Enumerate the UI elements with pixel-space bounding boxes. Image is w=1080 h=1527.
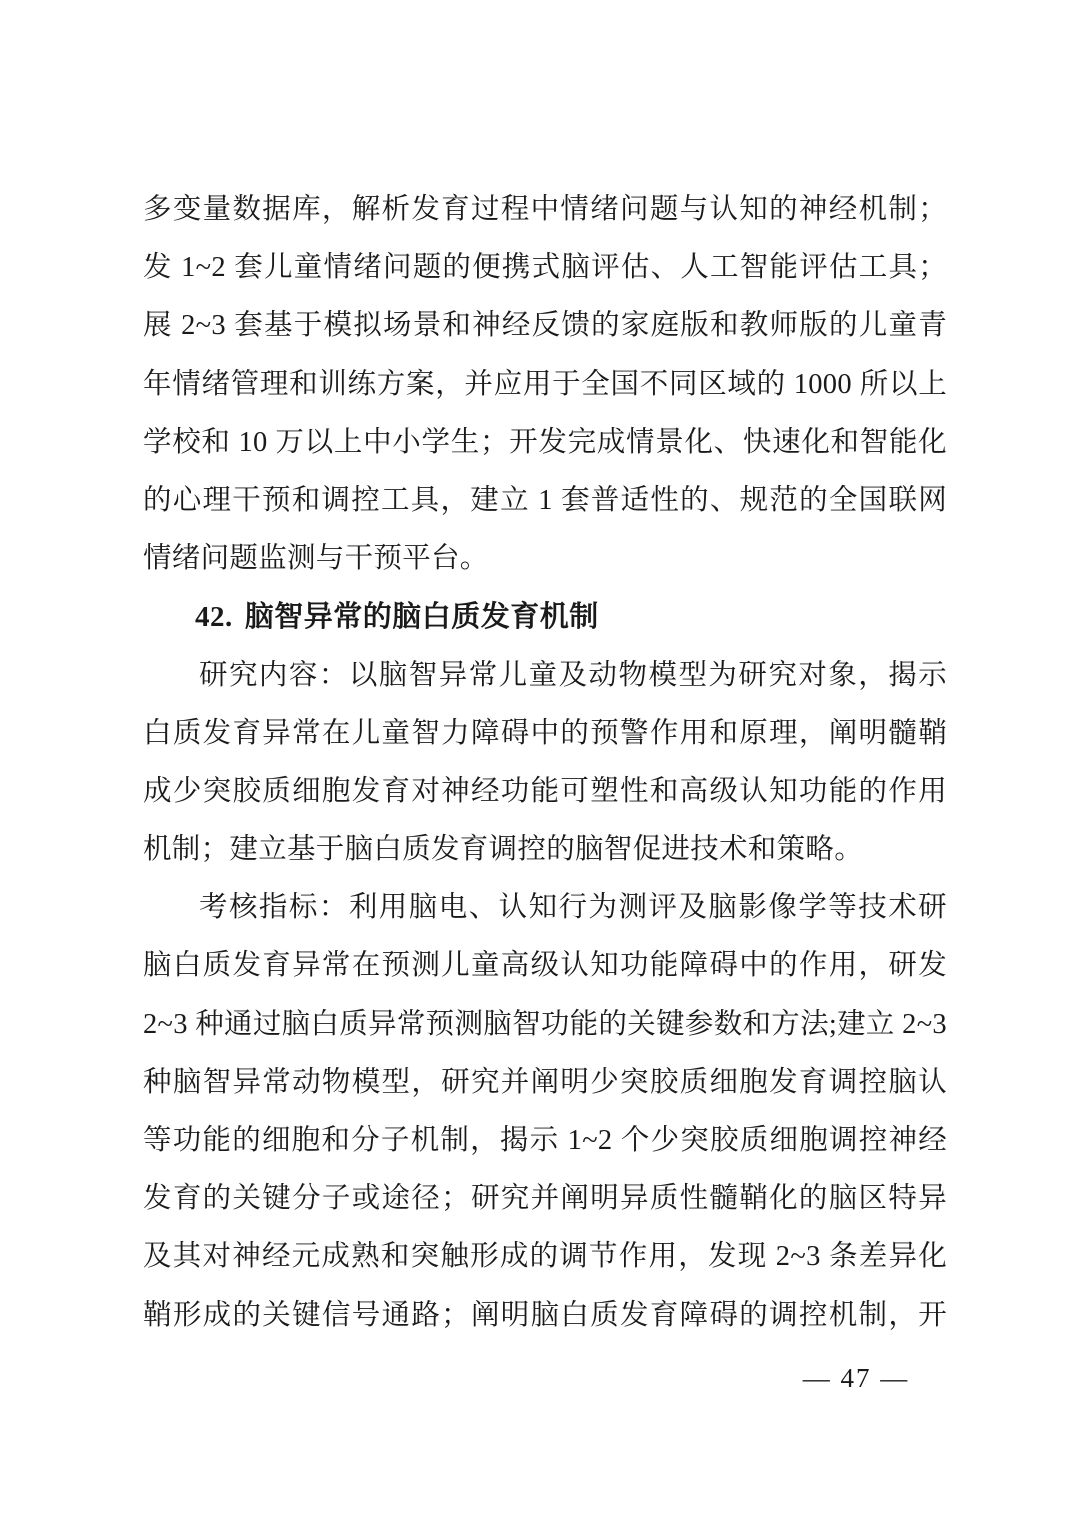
text-line: 2~3 种通过脑白质异常预测脑智功能的关键参数和方法;建立 2~3	[143, 996, 947, 1054]
text-line: 及其对神经元成熟和突触形成的调节作用，发现 2~3 条差异化髓	[143, 1228, 947, 1286]
text-line: 成少突胶质细胞发育对神经功能可塑性和高级认知功能的作用和	[143, 763, 947, 821]
section-number: 42.	[195, 601, 233, 633]
section-title: 脑智异常的脑白质发育机制	[245, 601, 599, 633]
paragraph-assessment-metrics: 考核指标：利用脑电、认知行为测评及脑影像学等技术研究 脑白质发育异常在预测儿童高…	[143, 879, 947, 1345]
text-line: 的心理干预和调控工具，建立 1 套普适性的、规范的全国联网的	[143, 472, 947, 530]
text-line: 年情绪管理和训练方案，并应用于全国不同区域的 1000 所以上	[143, 356, 947, 414]
text-line: 发育的关键分子或途径；研究并阐明异质性髓鞘化的脑区特异性	[143, 1170, 947, 1228]
text-line: 研究内容：以脑智异常儿童及动物模型为研究对象，揭示脑	[143, 647, 947, 705]
section-heading: 42.脑智异常的脑白质发育机制	[143, 588, 947, 646]
text-line: 白质发育异常在儿童智力障碍中的预警作用和原理，阐明髓鞘形	[143, 705, 947, 763]
page-number: — 47 —	[796, 1358, 916, 1398]
text-line: 学校和 10 万以上中小学生；开发完成情景化、快速化和智能化	[143, 414, 947, 472]
text-line: 种脑智异常动物模型，研究并阐明少突胶质细胞发育调控脑认知	[143, 1054, 947, 1112]
text-line: 展 2~3 套基于模拟场景和神经反馈的家庭版和教师版的儿童青少	[143, 297, 947, 355]
text-line: 多变量数据库，解析发育过程中情绪问题与认知的神经机制；开	[143, 181, 947, 239]
text-block: 多变量数据库，解析发育过程中情绪问题与认知的神经机制；开 发 1~2 套儿童情绪…	[143, 181, 947, 1345]
text-line: 考核指标：利用脑电、认知行为测评及脑影像学等技术研究	[143, 879, 947, 937]
text-line: 情绪问题监测与干预平台。	[143, 530, 947, 588]
document-page: 多变量数据库，解析发育过程中情绪问题与认知的神经机制；开 发 1~2 套儿童情绪…	[0, 0, 1080, 1527]
paragraph-continued: 多变量数据库，解析发育过程中情绪问题与认知的神经机制；开 发 1~2 套儿童情绪…	[143, 181, 947, 588]
text-line: 脑白质发育异常在预测儿童高级认知功能障碍中的作用，研发	[143, 937, 947, 995]
paragraph-research-content: 研究内容：以脑智异常儿童及动物模型为研究对象，揭示脑 白质发育异常在儿童智力障碍…	[143, 647, 947, 880]
text-line: 鞘形成的关键信号通路；阐明脑白质发育障碍的调控机制，开发	[143, 1287, 947, 1345]
text-line: 机制；建立基于脑白质发育调控的脑智促进技术和策略。	[143, 821, 947, 879]
text-line: 等功能的细胞和分子机制，揭示 1~2 个少突胶质细胞调控神经元	[143, 1112, 947, 1170]
text-line: 发 1~2 套儿童情绪问题的便携式脑评估、人工智能评估工具；发	[143, 239, 947, 297]
